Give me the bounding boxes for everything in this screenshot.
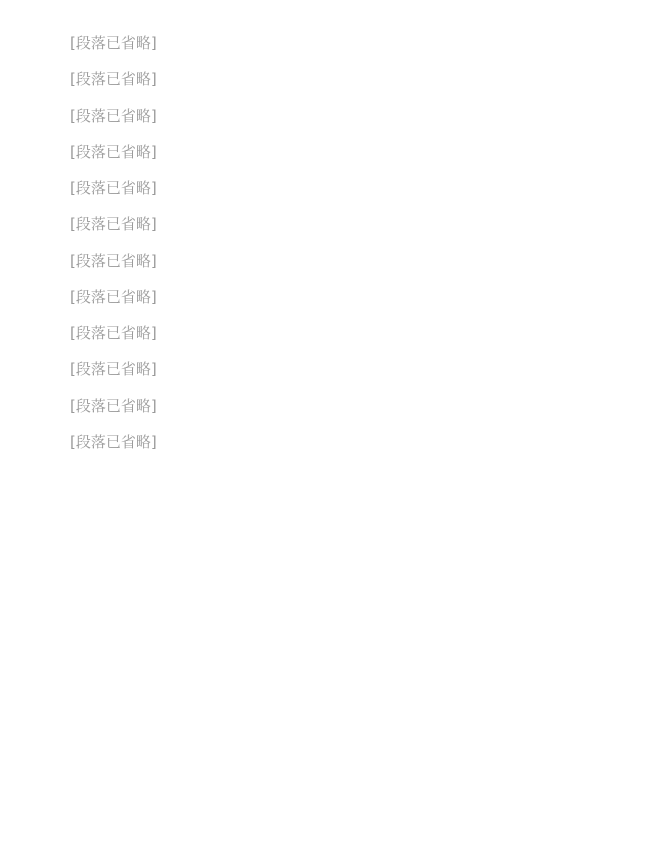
paragraph: [段落已省略] (40, 248, 610, 274)
paragraph: [段落已省略] (40, 393, 610, 419)
paragraph: [段落已省略] (40, 66, 610, 92)
novel-page: [段落已省略][段落已省略][段落已省略][段落已省略][段落已省略][段落已省… (0, 0, 650, 495)
paragraph: [段落已省略] (40, 30, 610, 56)
paragraph: [段落已省略] (40, 211, 610, 237)
paragraph: [段落已省略] (40, 356, 610, 382)
paragraph: [段落已省略] (40, 429, 610, 455)
paragraph: [段落已省略] (40, 103, 610, 129)
paragraph: [段落已省略] (40, 175, 610, 201)
paragraph: [段落已省略] (40, 284, 610, 310)
paragraph: [段落已省略] (40, 139, 610, 165)
paragraph: [段落已省略] (40, 320, 610, 346)
